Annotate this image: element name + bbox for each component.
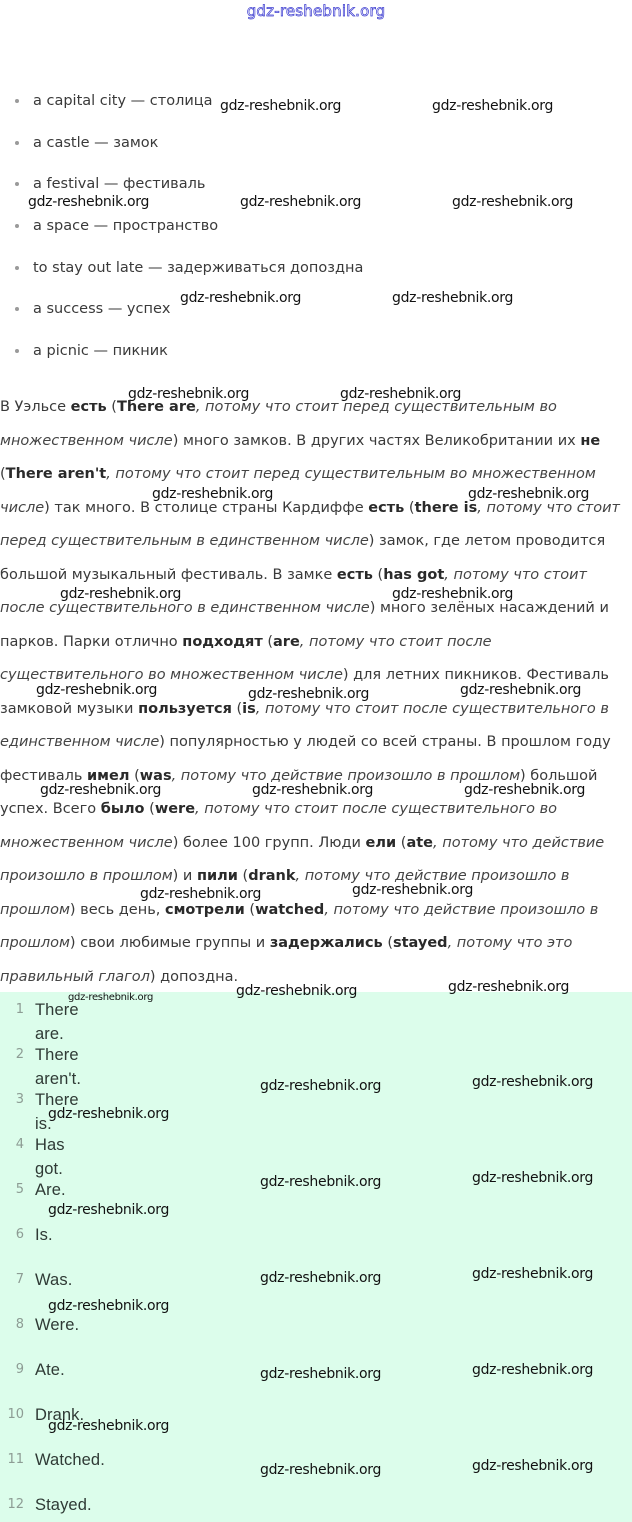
bullet-icon <box>15 99 19 103</box>
text-segment: ) и <box>173 868 197 884</box>
answer-text: There aren't. <box>35 1043 81 1091</box>
answer-text: Ate. <box>35 1358 65 1382</box>
highlighted-word: ели <box>366 835 397 851</box>
text-segment: ) допоздна. <box>150 969 238 985</box>
vocabulary-item: a space — пространство <box>0 215 363 257</box>
text-segment: ) более 100 групп. Люди <box>173 835 366 851</box>
bullet-icon <box>15 266 19 270</box>
answer-number: 2 <box>0 1043 24 1067</box>
answer-number: 6 <box>0 1223 24 1247</box>
header-watermark: gdz-reshebnik.org <box>0 2 632 20</box>
answer-text: Is. <box>35 1223 53 1247</box>
highlighted-word: is <box>242 701 256 717</box>
watermark-text: gdz-reshebnik.org <box>392 290 513 306</box>
highlighted-word: смотрели <box>165 902 245 918</box>
answer-number: 1 <box>0 998 24 1022</box>
explanation-paragraph: В Уэльсе есть (There are, потому что сто… <box>0 391 632 994</box>
text-segment: ( <box>383 935 393 951</box>
vocabulary-text: to stay out late — задерживаться допоздн… <box>33 260 363 276</box>
vocabulary-list: a capital city — столица a castle — замо… <box>0 90 363 382</box>
vocabulary-item: a capital city — столица <box>0 90 363 132</box>
answer-number: 3 <box>0 1088 24 1112</box>
vocabulary-item: a castle — замок <box>0 132 363 174</box>
vocabulary-text: a castle — замок <box>33 135 158 151</box>
highlighted-word: were <box>155 801 195 817</box>
text-segment: ( <box>107 399 117 415</box>
bullet-icon <box>15 141 19 145</box>
text-segment: ) весь день, <box>70 902 165 918</box>
answer-number: 7 <box>0 1268 24 1292</box>
answer-text: Watched. <box>35 1448 105 1472</box>
answer-text: Stayed. <box>35 1493 92 1517</box>
answer-text: Are. <box>35 1178 66 1202</box>
text-segment: ) много замков. В других частях Великобр… <box>173 433 581 449</box>
highlighted-word: There aren't <box>6 466 107 482</box>
highlighted-word: there is <box>415 500 478 516</box>
text-segment: ( <box>404 500 414 516</box>
bullet-icon <box>15 224 19 228</box>
highlighted-word: There are <box>117 399 196 415</box>
answer-number: 12 <box>0 1493 24 1517</box>
vocabulary-item: a success — успех <box>0 298 363 340</box>
highlighted-word: есть <box>368 500 404 516</box>
answer-text: There is. <box>35 1088 79 1136</box>
highlighted-word: drank <box>248 868 295 884</box>
vocabulary-text: a success — успех <box>33 301 170 317</box>
watermark-text: gdz-reshebnik.org <box>452 194 573 210</box>
text-segment: ( <box>373 567 383 583</box>
highlighted-word: не <box>580 433 600 449</box>
answer-text: Were. <box>35 1313 79 1337</box>
answer-text: Was. <box>35 1268 72 1292</box>
bullet-icon <box>15 349 19 353</box>
text-segment: ( <box>232 701 242 717</box>
highlighted-word: stayed <box>393 935 448 951</box>
answer-number: 9 <box>0 1358 24 1382</box>
highlighted-word: подходят <box>182 634 262 650</box>
highlighted-word: are <box>273 634 300 650</box>
text-segment: ( <box>396 835 406 851</box>
answer-number: 4 <box>0 1133 24 1157</box>
highlighted-word: было <box>101 801 145 817</box>
highlighted-word: пили <box>197 868 238 884</box>
highlighted-word: has got <box>383 567 444 583</box>
highlighted-word: имел <box>87 768 129 784</box>
answer-text: Has got. <box>35 1133 65 1181</box>
vocabulary-text: a picnic — пикник <box>33 343 168 359</box>
vocabulary-text: a festival — фестиваль <box>33 176 205 192</box>
answer-number: 5 <box>0 1178 24 1202</box>
highlighted-word: есть <box>337 567 373 583</box>
text-segment: ( <box>263 634 273 650</box>
answer-text: Drank. <box>35 1403 84 1427</box>
answer-number: 11 <box>0 1448 24 1472</box>
vocabulary-text: a space — пространство <box>33 218 218 234</box>
highlighted-word: задержались <box>270 935 383 951</box>
text-segment: В Уэльсе <box>0 399 71 415</box>
text-segment: ) так много. В столице страны Кардиффе <box>44 500 368 516</box>
watermark-text: gdz-reshebnik.org <box>432 98 553 114</box>
highlighted-word: was <box>140 768 172 784</box>
text-segment: ( <box>245 902 255 918</box>
highlighted-word: есть <box>71 399 107 415</box>
highlighted-word: ate <box>406 835 433 851</box>
vocabulary-text: a capital city — столица <box>33 93 213 109</box>
text-segment: ( <box>238 868 248 884</box>
text-segment: ( <box>145 801 155 817</box>
vocabulary-item: a picnic — пикник <box>0 340 363 382</box>
highlighted-word: пользуется <box>138 701 232 717</box>
vocabulary-item: a festival — фестиваль <box>0 173 363 215</box>
answer-number: 8 <box>0 1313 24 1337</box>
explanation-note: , потому что действие произошло в прошло… <box>172 768 520 784</box>
text-segment: ( <box>129 768 139 784</box>
bullet-icon <box>15 182 19 186</box>
answer-text: There are. <box>35 998 79 1046</box>
highlighted-word: watched <box>255 902 324 918</box>
answers-block: 1There are.2There aren't.3There is.4Has … <box>0 992 632 1522</box>
bullet-icon <box>15 307 19 311</box>
text-segment: ) свои любимые группы и <box>70 935 270 951</box>
answer-number: 10 <box>0 1403 24 1427</box>
vocabulary-item: to stay out late — задерживаться допоздн… <box>0 257 363 299</box>
